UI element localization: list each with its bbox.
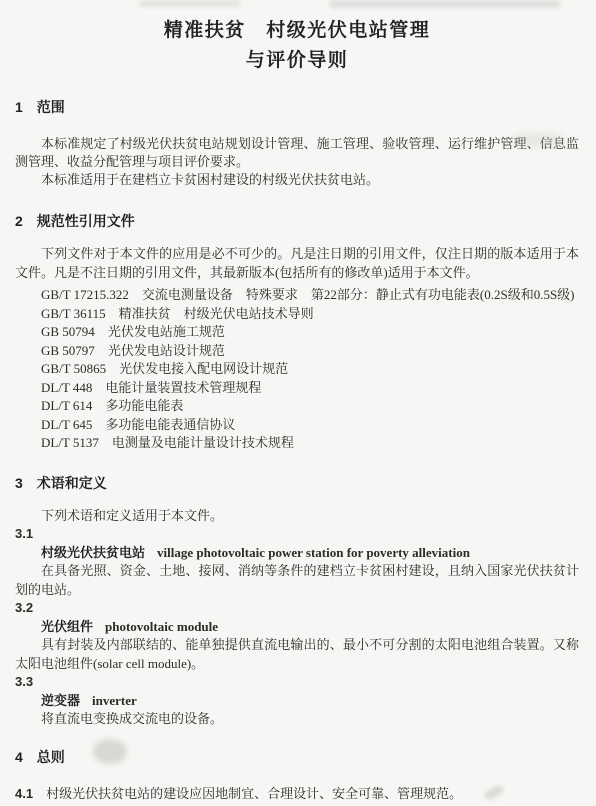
term-line: 村级光伏扶贫电站village photovoltaic power stati…: [15, 544, 579, 563]
reference-title: 精准扶贫 村级光伏电站技术导则: [119, 306, 314, 321]
reference-title: 光伏发电站施工规范: [108, 324, 225, 339]
term-name-zh: 逆变器: [41, 693, 80, 708]
term-name-en: inverter: [92, 693, 137, 708]
reference-item: DL/T 614多功能电能表: [15, 397, 579, 416]
term-entry: 3.2 光伏组件photovoltaic module 具有封装及内部联结的、能…: [15, 599, 579, 673]
reference-title: 电测量及电能计量设计技术规程: [112, 435, 294, 450]
clause-text: 村级光伏扶贫电站的建设应因地制宜、合理设计、安全可靠、管理规范。: [46, 785, 462, 803]
section-number: 1: [15, 99, 23, 115]
paragraph: 本标准适用于在建档立卡贫困村建设的村级光伏扶贫电站。: [15, 171, 579, 189]
term-name-zh: 光伏组件: [41, 619, 93, 634]
scan-smudge: [330, 0, 560, 8]
reference-item: GB 50794光伏发电站施工规范: [15, 323, 579, 342]
reference-code: GB 50797: [41, 342, 95, 361]
term-entry: 3.3 逆变器inverter 将直流电变换成交流电的设备。: [15, 673, 579, 729]
paragraph: 下列术语和定义适用于本文件。: [15, 507, 579, 526]
term-entry: 3.1 村级光伏扶贫电站village photovoltaic power s…: [15, 525, 579, 599]
document-page: 精准扶贫 村级光伏电站管理 与评价导则 1 范围 本标准规定了村级光伏扶贫电站规…: [0, 0, 596, 806]
reference-code: GB/T 17215.322: [41, 286, 129, 305]
section-heading-scope: 1 范围: [15, 99, 579, 115]
reference-title: 光伏发电接入配电网设计规范: [119, 361, 288, 376]
reference-title: 交流电测量设备 特殊要求 第22部分：静止式有功电能表(0.2S级和0.5S级): [142, 287, 575, 302]
term-line: 光伏组件photovoltaic module: [15, 618, 579, 637]
section-heading-general-principles: 4 总则: [15, 749, 579, 765]
term-name-en: photovoltaic module: [105, 619, 218, 634]
term-definition: 具有封装及内部联结的、能单独提供直流电输出的、最小不可分割的太阳电池组合装置。又…: [15, 636, 579, 673]
clause-number: 4.1: [15, 785, 33, 803]
term-name-zh: 村级光伏扶贫电站: [41, 545, 145, 560]
section-title: 范围: [37, 99, 65, 115]
reference-list: GB/T 17215.322交流电测量设备 特殊要求 第22部分：静止式有功电能…: [15, 286, 579, 453]
term-definition: 在具备光照、资金、土地、接网、消纳等条件的建档立卡贫困村建设，且纳入国家光伏扶贫…: [15, 562, 579, 599]
document-title-line2: 与评价导则: [15, 46, 579, 76]
reference-code: DL/T 448: [41, 379, 92, 398]
document-title: 精准扶贫 村级光伏电站管理 与评价导则: [15, 16, 579, 76]
document-title-line1: 精准扶贫 村级光伏电站管理: [15, 16, 579, 46]
reference-code: GB 50794: [41, 323, 95, 342]
section-title: 规范性引用文件: [37, 213, 135, 229]
reference-title: 电能计量装置技术管理规程: [105, 380, 261, 395]
reference-code: GB/T 36115: [41, 305, 106, 324]
reference-item: DL/T 448电能计量装置技术管理规程: [15, 379, 579, 398]
paragraph: 本标准规定了村级光伏扶贫电站规划设计管理、施工管理、验收管理、运行维护管理、信息…: [15, 135, 579, 171]
reference-title: 多功能电能表通信协议: [105, 417, 235, 432]
term-number: 3.3: [15, 673, 579, 692]
reference-item: GB/T 17215.322交流电测量设备 特殊要求 第22部分：静止式有功电能…: [15, 286, 579, 305]
section-number: 3: [15, 475, 23, 491]
reference-item: DL/T 5137电测量及电能计量设计技术规程: [15, 434, 579, 453]
clause-4-1: 4.1 村级光伏扶贫电站的建设应因地制宜、合理设计、安全可靠、管理规范。: [15, 785, 579, 803]
term-number: 3.1: [15, 525, 579, 544]
reference-title: 多功能电能表: [105, 398, 183, 413]
section-heading-normative-references: 2 规范性引用文件: [15, 213, 579, 229]
reference-code: GB/T 50865: [41, 360, 106, 379]
section-title: 术语和定义: [37, 475, 107, 491]
term-line: 逆变器inverter: [15, 692, 579, 711]
term-name-en: village photovoltaic power station for p…: [157, 545, 470, 560]
reference-code: DL/T 645: [41, 416, 92, 435]
paragraph: 下列文件对于本文件的应用是必不可少的。凡是注日期的引用文件，仅注日期的版本适用于…: [15, 245, 579, 282]
section-title: 总则: [37, 749, 65, 765]
reference-code: DL/T 614: [41, 397, 92, 416]
reference-item: GB/T 50865光伏发电接入配电网设计规范: [15, 360, 579, 379]
term-definition: 将直流电变换成交流电的设备。: [15, 710, 579, 729]
reference-code: DL/T 5137: [41, 434, 99, 453]
section-number: 2: [15, 213, 23, 229]
reference-title: 光伏发电站设计规范: [108, 343, 225, 358]
term-number: 3.2: [15, 599, 579, 618]
section-heading-terms-definitions: 3 术语和定义: [15, 475, 579, 491]
scan-smudge: [140, 0, 240, 7]
reference-item: GB/T 36115精准扶贫 村级光伏电站技术导则: [15, 305, 579, 324]
reference-item: GB 50797光伏发电站设计规范: [15, 342, 579, 361]
section-number: 4: [15, 749, 23, 765]
reference-item: DL/T 645多功能电能表通信协议: [15, 416, 579, 435]
